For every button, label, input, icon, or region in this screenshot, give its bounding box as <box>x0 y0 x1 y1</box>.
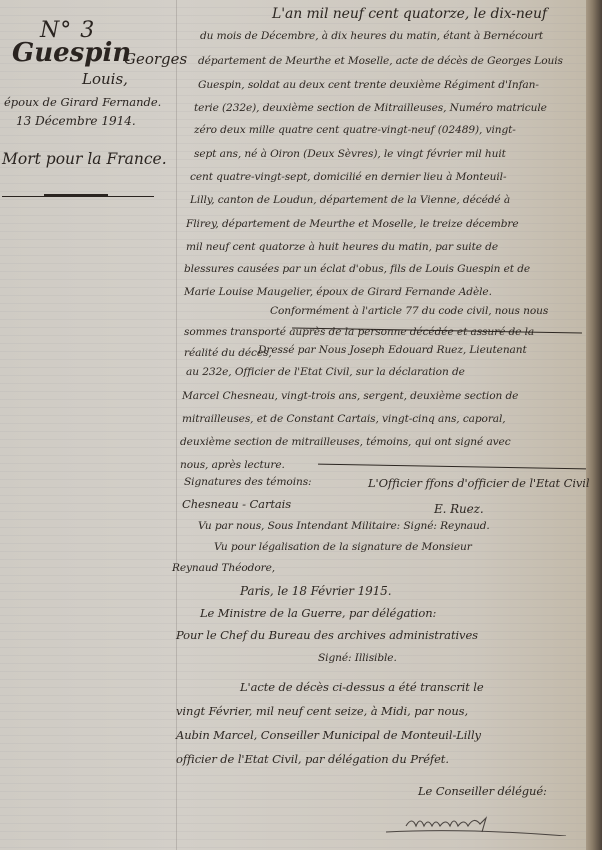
margin-rule-line <box>176 0 177 850</box>
witness-signatures: Chesneau - Cartais <box>182 497 291 511</box>
signature-scrawl <box>386 812 576 836</box>
body-line: Guespin, soldat au deux cent trente deux… <box>198 79 539 91</box>
body-line: Aubin Marcel, Conseiller Municipal de Mo… <box>176 728 481 742</box>
body-line: Marcel Chesneau, vingt-trois ans, sergen… <box>182 390 518 402</box>
body-line: mitrailleuses, et de Constant Cartais, v… <box>182 413 506 425</box>
body-line: blessures causées par un éclat d'obus, f… <box>184 263 530 275</box>
body-line: Reynaud Théodore, <box>172 562 275 574</box>
body-line: zéro deux mille quatre cent quatre-vingt… <box>194 124 516 136</box>
legalisation-date: Paris, le 18 Février 1915. <box>240 584 391 598</box>
body-line: Vu pour légalisation de la signature de … <box>214 541 472 553</box>
body-line: Lilly, canton de Loudun, département de … <box>190 194 510 206</box>
officer-signature: E. Ruez. <box>434 502 484 516</box>
deceased-given-name-1: Georges <box>124 50 187 68</box>
margin-divider <box>2 196 154 197</box>
death-date: 13 Décembre 1914. <box>16 114 136 128</box>
deceased-surname: Guespin <box>12 38 131 68</box>
body-line: du mois de Décembre, à dix heures du mat… <box>200 30 543 42</box>
mort-pour-la-france-mention: Mort pour la France. <box>2 150 167 168</box>
body-line: deuxième section de mitrailleuses, témoi… <box>180 436 511 448</box>
body-line: L'an mil neuf cent quatorze, le dix-neuf <box>272 6 547 22</box>
spouse-note: époux de Girard Fernande. <box>4 95 161 109</box>
body-line: au 232e, Officier de l'Etat Civil, sur l… <box>186 366 465 378</box>
body-line: Pour le Chef du Bureau des archives admi… <box>176 628 478 642</box>
body-line: Flirey, département de Meurthe et Mosell… <box>186 218 519 230</box>
body-line: vingt Février, mil neuf cent seize, à Mi… <box>176 704 468 718</box>
officer-title: L'Officier ffons d'officier de l'Etat Ci… <box>368 476 589 490</box>
body-line: Conformément à l'article 77 du code civi… <box>270 305 548 317</box>
body-line: terie (232e), deuxième section de Mitrai… <box>194 102 547 114</box>
witness-signatures-label: Signatures des témoins: <box>184 476 312 488</box>
page-edge <box>586 0 602 850</box>
conseiller-delegue-label: Le Conseiller délégué: <box>418 784 547 798</box>
body-line: Signé: Illisible. <box>318 652 397 664</box>
body-line: Vu par nous, Sous Intendant Militaire: S… <box>198 520 490 532</box>
body-line: mil neuf cent quatorze à huit heures du … <box>186 241 498 253</box>
body-line: officier de l'Etat Civil, par délégation… <box>176 752 449 766</box>
deceased-given-name-2: Louis, <box>82 70 128 88</box>
body-line: sept ans, né à Oiron (Deux Sèvres), le v… <box>194 148 506 160</box>
body-line: Le Ministre de la Guerre, par délégation… <box>200 606 436 620</box>
body-line: L'acte de décès ci-dessus a été transcri… <box>240 680 484 694</box>
body-line: département de Meurthe et Moselle, acte … <box>198 55 563 67</box>
body-line: cent quatre-vingt-sept, domicilié en der… <box>190 171 506 183</box>
body-line: Marie Louise Maugelier, époux de Girard … <box>184 286 492 298</box>
body-line: Dressé par Nous Joseph Edouard Ruez, Lie… <box>258 344 527 356</box>
body-line: nous, après lecture. <box>180 459 285 471</box>
